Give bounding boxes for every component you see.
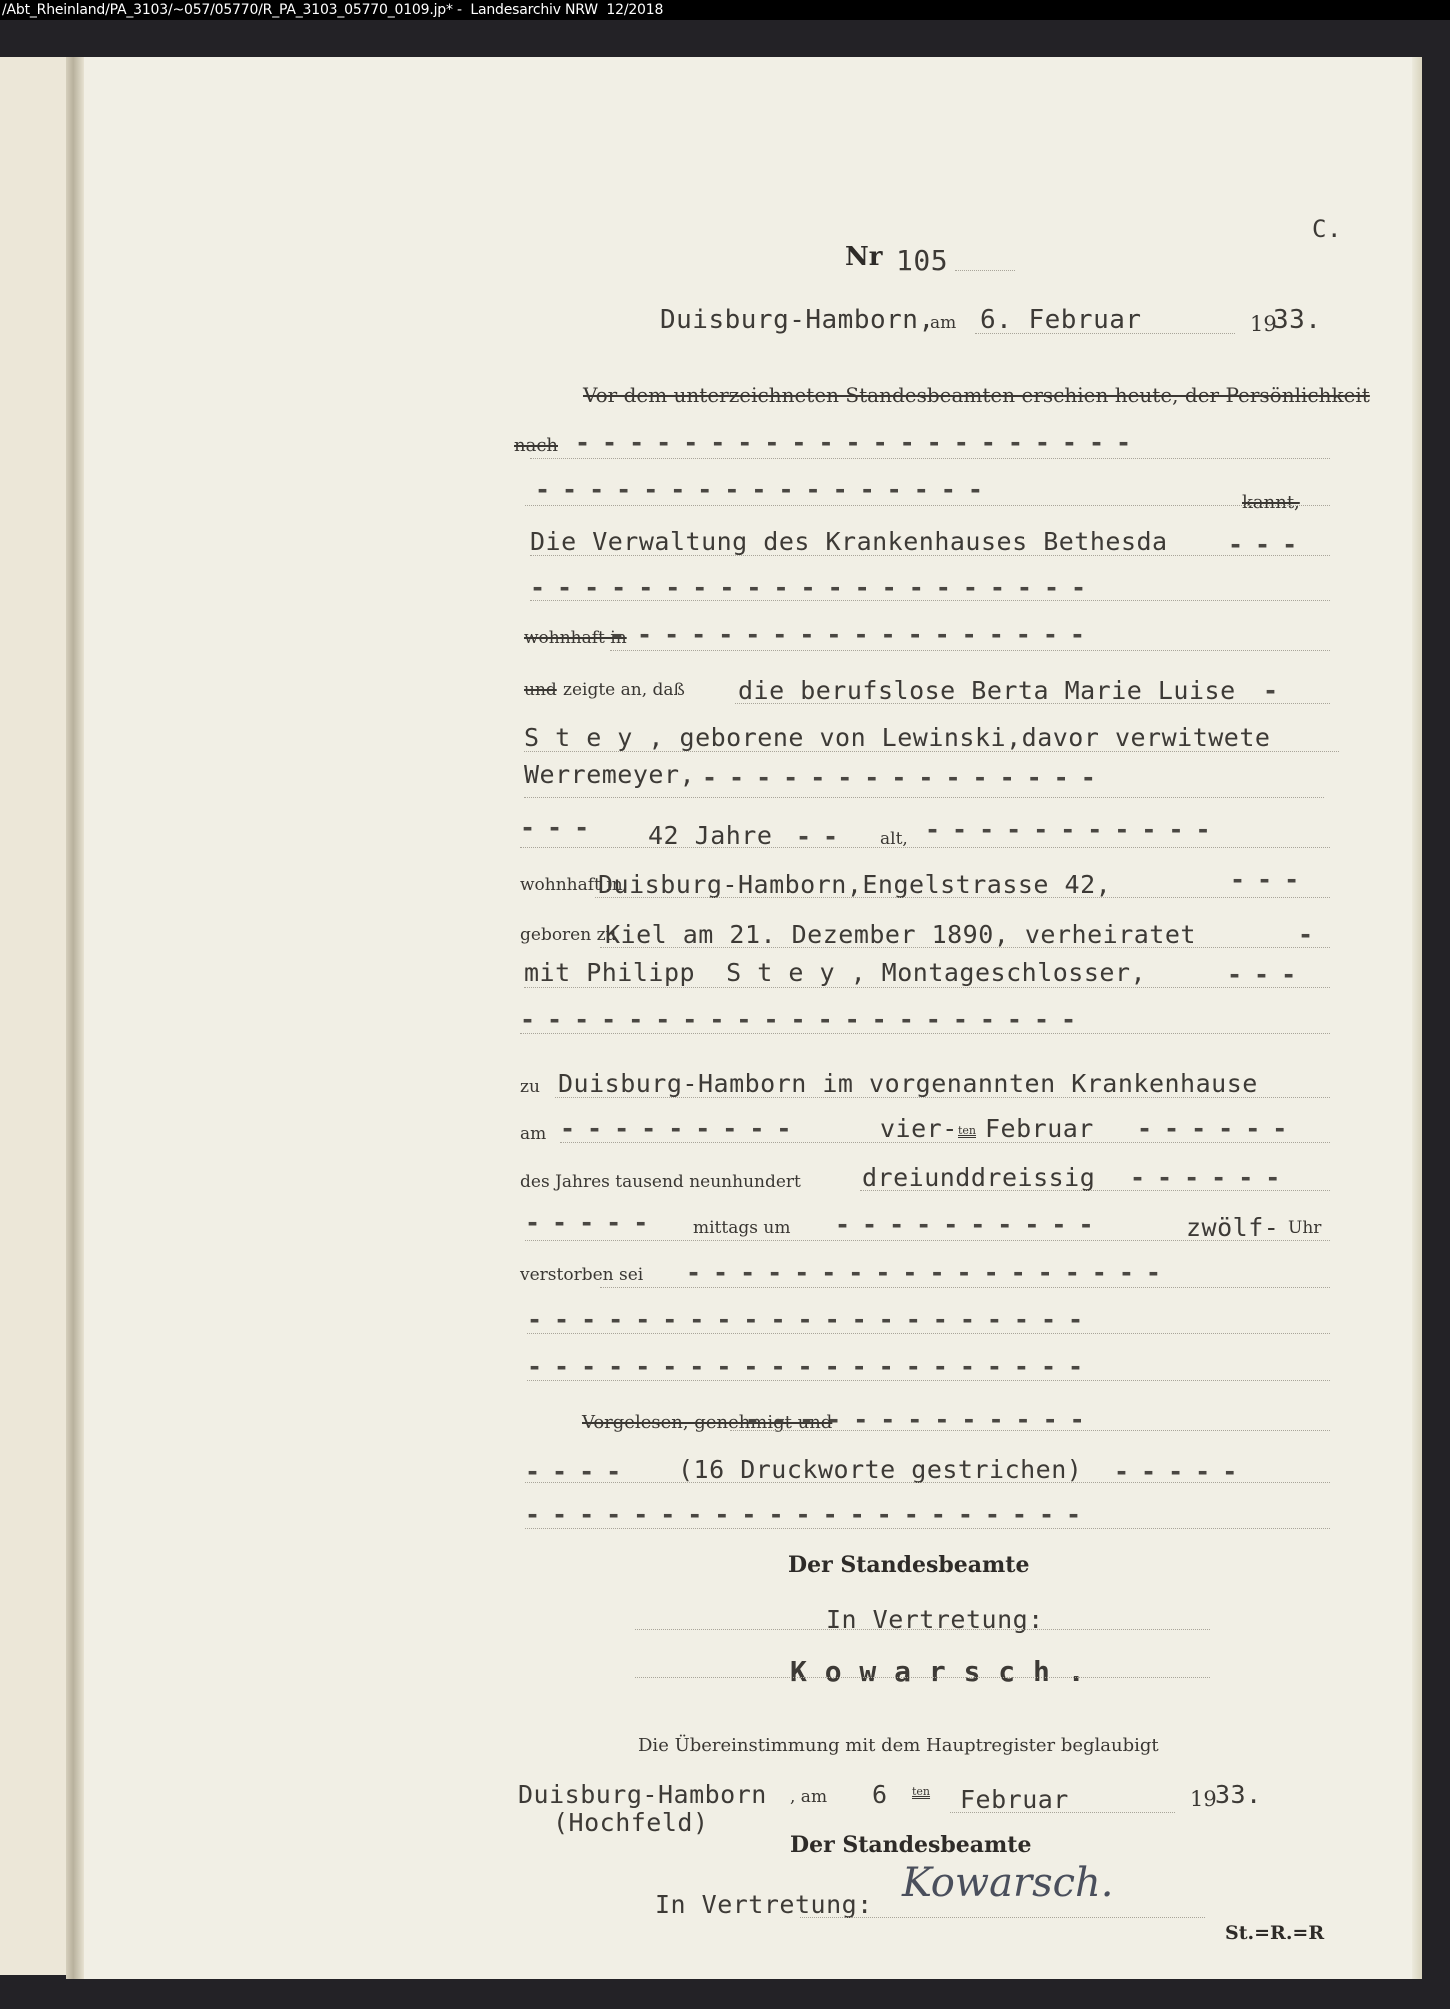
deceased-line-3: Werremeyer,: [524, 760, 695, 789]
dotted-line: [975, 333, 1235, 334]
year-label: des Jahres tausend neunhundert: [520, 1172, 801, 1192]
filler-dashes: ------------------: [686, 1258, 1173, 1287]
official-name: K o w a r s c h .: [790, 1655, 1085, 1688]
dotted-line: [950, 1812, 1175, 1813]
dotted-line: [600, 947, 1330, 948]
place: Duisburg-Hamborn,: [660, 305, 935, 335]
dotted-line: [730, 1430, 1330, 1431]
death-hour: zwölf-: [1186, 1213, 1279, 1242]
dotted-line: [555, 1097, 1330, 1098]
dotted-line: [610, 650, 1330, 651]
filler-dashes: ------: [1137, 1114, 1299, 1143]
deceased-line-1: die berufslose Berta Marie Luise: [738, 676, 1236, 705]
certification-official-title: Der Standesbeamte: [790, 1832, 1031, 1858]
dotted-line: [520, 847, 1330, 848]
left-page-edge: [0, 57, 70, 1975]
dotted-line: [530, 458, 1330, 459]
uhr-label: Uhr: [1288, 1218, 1321, 1238]
dotted-line: [524, 987, 1330, 988]
birth-details: Kiel am 21. Dezember 1890, verheiratet: [605, 920, 1196, 949]
registration-date: 6. Februar: [980, 305, 1142, 335]
spouse: mit Philipp S t e y , Montageschlosser,: [524, 958, 1146, 987]
mittags-label: mittags um: [693, 1218, 790, 1238]
dotted-line: [525, 505, 1330, 506]
verstorben-label: verstorben sei: [520, 1265, 643, 1285]
dotted-line: [527, 1380, 1330, 1381]
dotted-line: [525, 1528, 1330, 1529]
strike-note: (16 Druckworte gestrichen): [678, 1455, 1082, 1484]
filler-dashes: ------------------: [610, 620, 1097, 649]
official-title: Der Standesbeamte: [788, 1552, 1029, 1578]
struck-und: und: [524, 680, 557, 700]
filler-dashes: ------: [1130, 1163, 1292, 1192]
filler-dashes: -: [1263, 676, 1290, 705]
dotted-line: [527, 1333, 1330, 1334]
death-month: Februar: [985, 1114, 1094, 1143]
page-right-edge: [1412, 57, 1422, 1979]
filler-dashes: ---------------------: [520, 1005, 1088, 1034]
geboren-label: geboren zu: [520, 925, 617, 945]
record-number: 105: [896, 244, 948, 277]
alt-label: alt,: [880, 829, 908, 849]
filler-dashes: ---------------------: [530, 573, 1098, 602]
dotted-line: [524, 797, 1324, 798]
am-label: am: [930, 313, 956, 333]
death-day: vier-: [880, 1114, 958, 1143]
dotted-line: [600, 1287, 1330, 1288]
filler-dashes: ---: [1227, 960, 1308, 989]
filler-dashes: ---: [520, 813, 601, 842]
death-place: Duisburg-Hamborn im vorgenannten Kranken…: [558, 1069, 1258, 1098]
dotted-line: [955, 270, 1015, 271]
filler-dashes: ---: [1230, 865, 1311, 894]
struck-intro: Vor dem unterzeichneten Standesbeamten e…: [583, 383, 1370, 407]
window-title: /Abt_Rheinland/PA_3103/~057/05770/R_PA_3…: [2, 2, 663, 18]
dotted-line: [800, 1917, 1205, 1918]
dotted-line: [595, 897, 1330, 898]
am-label-death: am: [520, 1124, 546, 1144]
filler-dashes: ---------------------: [575, 428, 1143, 457]
year-suffix: 33.: [1273, 305, 1321, 335]
dotted-line: [635, 1629, 1210, 1630]
dotted-line: [525, 1482, 1330, 1483]
filler-dashes: -: [1298, 920, 1325, 949]
window-title-bar: /Abt_Rheinland/PA_3103/~057/05770/R_PA_3…: [0, 0, 1450, 20]
dotted-line: [860, 1190, 1330, 1191]
corner-mark: C.: [1312, 215, 1342, 243]
struck-kannt: kannt,: [1242, 492, 1300, 513]
filler-dashes: -----------------: [535, 475, 995, 504]
dotted-line: [560, 1142, 1330, 1143]
certification-month: Februar: [960, 1785, 1069, 1814]
certification-place: Duisburg-Hamborn: [518, 1780, 767, 1809]
certification-year-suffix: 33.: [1215, 1780, 1262, 1809]
residence: Duisburg-Hamborn,Engelstrasse 42,: [598, 870, 1111, 899]
filler-dashes: ----------: [835, 1210, 1106, 1239]
dotted-line: [520, 1033, 1330, 1034]
informant: Die Verwaltung des Krankenhauses Bethesd…: [530, 527, 1168, 556]
number-prefix: Nr: [845, 242, 882, 272]
filler-dashes: ---------------------: [527, 1352, 1095, 1381]
dotted-line: [735, 703, 1330, 704]
handwritten-signature: Kowarsch.: [902, 1860, 1114, 1906]
filler-dashes: ---------: [560, 1114, 803, 1143]
struck-nach: nach: [514, 435, 558, 456]
filler-dashes: -----: [525, 1208, 660, 1237]
dotted-line: [525, 1240, 1330, 1241]
zeigte-an-label: zeigte an, daß: [563, 680, 685, 700]
zu-label: zu: [520, 1077, 540, 1097]
certification-day: 6: [872, 1780, 888, 1809]
death-day-suffix: ten: [958, 1124, 976, 1137]
dotted-line: [530, 555, 1330, 556]
dotted-line: [635, 1677, 1210, 1678]
filler-dashes: ---------------------: [525, 1500, 1093, 1529]
filler-dashes: ---------------: [702, 763, 1108, 792]
certification-in-vertretung: In Vertretung:: [655, 1890, 873, 1919]
dotted-line: [530, 600, 1330, 601]
deceased-line-2: S t e y , geborene von Lewinski,davor ve…: [524, 723, 1270, 752]
certification-am: , am: [790, 1787, 827, 1807]
certification-day-suffix: ten: [912, 1785, 930, 1798]
death-year: dreiunddreissig: [862, 1163, 1095, 1192]
certification-district: (Hochfeld): [553, 1808, 709, 1837]
age: 42 Jahre: [648, 821, 772, 850]
filler-dashes: -----------: [925, 815, 1223, 844]
certification-year-prefix: 19: [1190, 1787, 1217, 1811]
dotted-line: [524, 751, 1339, 752]
filler-dashes: ---------------------: [527, 1305, 1095, 1334]
book-spine: [66, 57, 84, 1979]
certification-statement: Die Übereinstimmung mit dem Hauptregiste…: [638, 1735, 1159, 1756]
form-code: St.=R.=R: [1225, 1922, 1324, 1944]
